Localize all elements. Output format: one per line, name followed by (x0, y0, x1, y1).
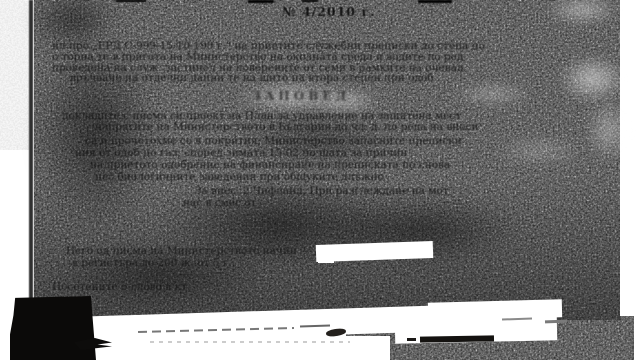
faint-dotted-line (150, 341, 350, 343)
edge-smudge (248, 0, 274, 3)
illegible-text-line: са и прочетохме се в покрития; Министерс… (85, 136, 595, 147)
illegible-text-line: нас в смес от (183, 198, 313, 209)
page-fold-line (29, 0, 33, 302)
issue-number: № 4/2010 г. (282, 6, 392, 17)
illegible-text-line: напрягите на Министерството в България д… (95, 122, 565, 133)
document-heading: ЗАПОВЕД (252, 91, 392, 102)
scanned-document-page: № 4/2010 г. ил про „ЕРД С-999-15-10-199 … (0, 0, 640, 360)
illegible-text-line: За внес. 2 Чифланд; При разглеждане на м… (195, 186, 575, 197)
ink-blot-bottom-left (10, 296, 96, 360)
illegible-text-line: на приетото одобрение на финансиране на … (90, 160, 585, 171)
illegible-text-line: Него од писма на Министерството начин (66, 246, 314, 257)
illegible-text-line: о торна те в пригота на Министерство на … (52, 52, 614, 63)
illegible-text-line: връчване на отделни данни те на шито на … (70, 73, 550, 84)
illegible-text-line: в регистъра до 200 ж. от 5 г. (72, 258, 257, 269)
margin-speckle (0, 0, 29, 150)
white-bottom-strip (88, 336, 390, 360)
edge-smudge (418, 0, 452, 3)
edge-smudge (116, 0, 146, 2)
edge-smudge (302, 0, 318, 2)
illegible-text-line: докладите с писма си проект на План за у… (62, 111, 610, 122)
ink-dot (407, 338, 416, 341)
illegible-text-line: ил про „ЕРД С-999-15-10-199 г.“ на приет… (52, 41, 614, 52)
ink-bar-bottom (420, 335, 494, 342)
whiteout-block-middle-notch (318, 254, 334, 263)
illegible-text-line: Посетените о-слово в кт. (52, 282, 257, 293)
illegible-text-line: ния от одоб по газ; според зимата 15-02 … (75, 148, 590, 159)
illegible-text-line: нес биологичните заведения при общуките … (95, 172, 545, 183)
